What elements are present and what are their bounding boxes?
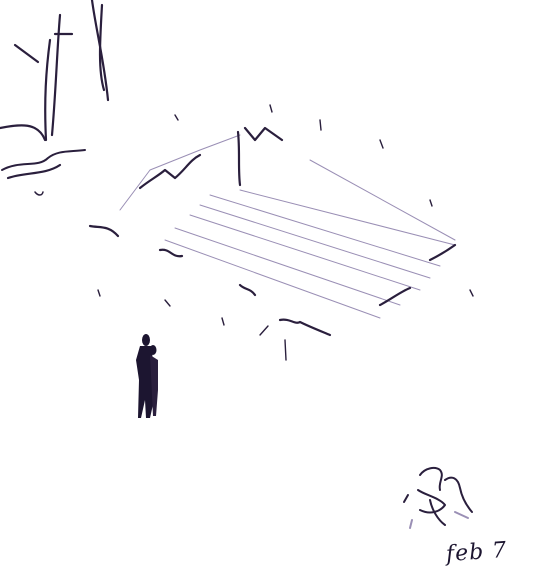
- tree-sketch: [0, 0, 108, 195]
- figures-sketch: [136, 334, 158, 418]
- sketch-canvas: [0, 0, 560, 575]
- date-caption: feb 7: [445, 538, 508, 567]
- field-sketch: [90, 105, 473, 360]
- creature-sketch: [404, 468, 472, 528]
